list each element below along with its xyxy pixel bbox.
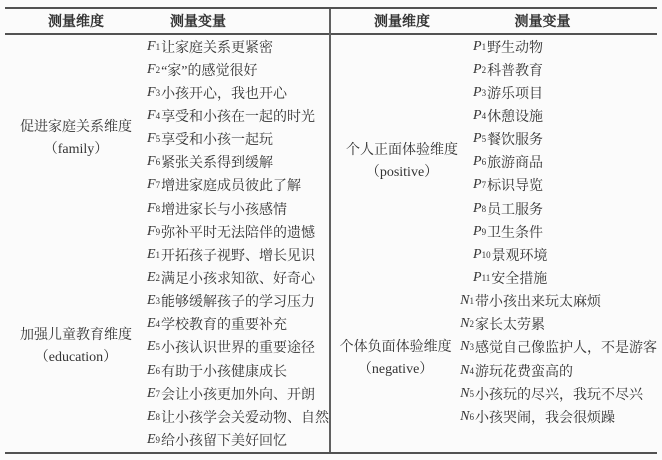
variable-text: 能够缓解孩子的学习压力 xyxy=(161,291,315,311)
variable-code: P xyxy=(473,224,482,240)
variable-text: 卫生条件 xyxy=(487,222,543,242)
variable-code: P xyxy=(473,108,482,124)
variable-item: N6小孩哭闹，我会很烦躁 xyxy=(460,405,657,428)
variable-code: E xyxy=(147,293,156,309)
variable-list: E1开拓孩子视野、增长见识E2满足小孩求知欲、好奇心E3能够缓解孩子的学习压力E… xyxy=(147,243,329,451)
variable-text: 让小孩学会关爱动物、自然 xyxy=(161,407,329,427)
variable-text: 餐饮服务 xyxy=(487,129,543,149)
dimension-label-zh: 个人正面体验维度 xyxy=(346,140,458,162)
variable-item: P10景观环境 xyxy=(473,243,657,266)
header-dimension: 测量维度 xyxy=(331,11,473,31)
variable-item: F6紧张关系得到缓解 xyxy=(147,151,329,174)
variable-item: N3感觉自己像监护人，不是游客 xyxy=(460,336,657,359)
variable-item: F9弥补平时无法陪伴的遗憾 xyxy=(147,220,329,243)
variable-text: “家”的感觉很好 xyxy=(161,60,257,80)
dimension-group: 个体负面体验维度（negative）N1带小孩出来玩太麻烦N2家长太劳累N3感觉… xyxy=(331,290,657,429)
variable-code: E xyxy=(147,409,156,425)
variable-text: 游玩花费蛮高的 xyxy=(475,361,573,381)
scanned-paper-page: 测量维度 测量变量 促进家庭关系维度（family）F1让家庭关系更紧密F2“家… xyxy=(0,7,662,454)
variable-code: P xyxy=(473,154,482,170)
variable-code: F xyxy=(147,154,156,170)
variable-item: N1带小孩出来玩太麻烦 xyxy=(460,290,657,313)
variable-text: 紧张关系得到缓解 xyxy=(161,152,273,172)
variable-code: E xyxy=(147,270,156,286)
variable-item: P2科普教育 xyxy=(473,58,657,81)
dimension-group: 个人正面体验维度（positive）P1野生动物P2科普教育P3游乐项目P4休憩… xyxy=(331,35,657,290)
variable-code: N xyxy=(460,386,469,402)
measurement-dimensions-table: 测量维度 测量变量 促进家庭关系维度（family）F1让家庭关系更紧密F2“家… xyxy=(5,7,657,454)
variable-text: 标识导览 xyxy=(487,175,543,195)
dimension-group: 加强儿童教育维度（education）E1开拓孩子视野、增长见识E2满足小孩求知… xyxy=(5,243,329,451)
variable-code: P xyxy=(473,247,482,263)
variable-code: P xyxy=(473,85,482,101)
variable-text: 家长太劳累 xyxy=(475,314,545,334)
variable-code: P xyxy=(473,177,482,193)
variable-text: 开拓孩子视野、增长见识 xyxy=(161,245,315,265)
dimension-label-zh: 促进家庭关系维度 xyxy=(20,117,132,139)
variable-text: 安全措施 xyxy=(491,268,547,288)
variable-item: P8员工服务 xyxy=(473,197,657,220)
variable-text: 员工服务 xyxy=(487,199,543,219)
variable-list: P1野生动物P2科普教育P3游乐项目P4休憩设施P5餐饮服务P6旅游商品P7标识… xyxy=(473,35,657,290)
variable-text: 让家庭关系更紧密 xyxy=(161,37,273,57)
variable-item: P5餐饮服务 xyxy=(473,128,657,151)
variable-code: P xyxy=(473,62,482,78)
variable-item: E3能够缓解孩子的学习压力 xyxy=(147,290,329,313)
variable-item: E6有助于小孩健康成长 xyxy=(147,359,329,382)
variable-code: E xyxy=(147,339,156,355)
variable-text: 带小孩出来玩太麻烦 xyxy=(475,291,601,311)
variable-code: E xyxy=(147,386,156,402)
variable-list: F1让家庭关系更紧密F2“家”的感觉很好F3小孩开心，我也开心F4享受和小孩在一… xyxy=(147,35,329,243)
variable-text: 小孩哭闹，我会很烦躁 xyxy=(475,407,615,427)
dimension-cell: 个人正面体验维度（positive） xyxy=(331,35,473,290)
dimension-group: 促进家庭关系维度（family）F1让家庭关系更紧密F2“家”的感觉很好F3小孩… xyxy=(5,35,329,243)
dimension-label-en: （positive） xyxy=(366,162,438,184)
variable-item: P3游乐项目 xyxy=(473,81,657,104)
variable-text: 学校教育的重要补充 xyxy=(161,314,287,334)
variable-item: F8增进家长与小孩感情 xyxy=(147,197,329,220)
variable-item: E4学校教育的重要补充 xyxy=(147,313,329,336)
variable-item: P1野生动物 xyxy=(473,35,657,58)
variable-text: 满足小孩求知欲、好奇心 xyxy=(161,268,315,288)
variable-item: F4享受和小孩在一起的时光 xyxy=(147,104,329,127)
variable-item: N2家长太劳累 xyxy=(460,313,657,336)
variable-text: 小孩玩的尽兴，我玩不尽兴 xyxy=(475,384,643,404)
header-dimension: 测量维度 xyxy=(5,11,147,31)
variable-code: P xyxy=(473,270,482,286)
half-body: 个人正面体验维度（positive）P1野生动物P2科普教育P3游乐项目P4休憩… xyxy=(331,35,657,428)
header-row: 测量维度 测量变量 xyxy=(331,9,657,35)
header-variable: 测量变量 xyxy=(473,11,657,31)
variable-text: 会让小孩更加外向、开朗 xyxy=(161,384,315,404)
variable-item: E8让小孩学会关爱动物、自然 xyxy=(147,405,329,428)
variable-code: N xyxy=(460,316,469,332)
variable-text: 弥补平时无法陪伴的遗憾 xyxy=(161,222,315,242)
table-left-half: 测量维度 测量变量 促进家庭关系维度（family）F1让家庭关系更紧密F2“家… xyxy=(5,9,331,452)
variable-text: 景观环境 xyxy=(492,245,548,265)
variable-code: F xyxy=(147,39,156,55)
dimension-label-zh: 个体负面体验维度 xyxy=(340,337,452,359)
variable-code: E xyxy=(147,432,156,448)
variable-code: E xyxy=(147,363,156,379)
variable-item: N5小孩玩的尽兴，我玩不尽兴 xyxy=(460,382,657,405)
half-body: 促进家庭关系维度（family）F1让家庭关系更紧密F2“家”的感觉很好F3小孩… xyxy=(5,35,329,452)
variable-text: 游乐项目 xyxy=(487,83,543,103)
variable-text: 小孩认识世界的重要途径 xyxy=(161,337,315,357)
variable-text: 享受和小孩一起玩 xyxy=(161,129,273,149)
variable-code: F xyxy=(147,108,156,124)
variable-text: 小孩开心，我也开心 xyxy=(161,83,287,103)
variable-item: F1让家庭关系更紧密 xyxy=(147,35,329,58)
variable-code: F xyxy=(147,201,156,217)
variable-text: 休憩设施 xyxy=(487,106,543,126)
variable-item: E9给小孩留下美好回忆 xyxy=(147,428,329,451)
variable-text: 享受和小孩在一起的时光 xyxy=(161,106,315,126)
variable-code: N xyxy=(460,293,469,309)
variable-item: P11安全措施 xyxy=(473,266,657,289)
dimension-label-en: （education） xyxy=(35,347,117,369)
variable-item: N4游玩花费蛮高的 xyxy=(460,359,657,382)
variable-text: 有助于小孩健康成长 xyxy=(161,361,287,381)
variable-code: N xyxy=(460,339,469,355)
variable-list: N1带小孩出来玩太麻烦N2家长太劳累N3感觉自己像监护人，不是游客N4游玩花费蛮… xyxy=(460,290,657,429)
variable-item: P7标识导览 xyxy=(473,174,657,197)
variable-code: F xyxy=(147,62,156,78)
dimension-label-en: （negative） xyxy=(358,359,433,381)
dimension-label-zh: 加强儿童教育维度 xyxy=(20,325,132,347)
header-variable: 测量变量 xyxy=(147,11,329,31)
variable-code: P xyxy=(473,131,482,147)
variable-text: 感觉自己像监护人，不是游客 xyxy=(475,337,657,357)
variable-item: E7会让小孩更加外向、开朗 xyxy=(147,382,329,405)
dimension-cell: 个体负面体验维度（negative） xyxy=(331,290,460,429)
header-row: 测量维度 测量变量 xyxy=(5,9,329,35)
variable-code: P xyxy=(473,201,482,217)
variable-code: F xyxy=(147,131,156,147)
variable-text: 野生动物 xyxy=(487,37,543,57)
variable-item: F5享受和小孩一起玩 xyxy=(147,128,329,151)
variable-code: E xyxy=(147,316,156,332)
variable-item: F3小孩开心，我也开心 xyxy=(147,81,329,104)
variable-item: E5小孩认识世界的重要途径 xyxy=(147,336,329,359)
variable-text: 科普教育 xyxy=(487,60,543,80)
variable-code: N xyxy=(460,363,469,379)
dimension-label-en: （family） xyxy=(44,139,109,161)
variable-text: 增进家长与小孩感情 xyxy=(161,199,287,219)
variable-item: F7增进家庭成员彼此了解 xyxy=(147,174,329,197)
dimension-cell: 加强儿童教育维度（education） xyxy=(5,243,147,451)
variable-code: N xyxy=(460,409,469,425)
variable-item: P6旅游商品 xyxy=(473,151,657,174)
variable-item: E2满足小孩求知欲、好奇心 xyxy=(147,266,329,289)
table-right-half: 测量维度 测量变量 个人正面体验维度（positive）P1野生动物P2科普教育… xyxy=(331,9,657,452)
variable-item: F2“家”的感觉很好 xyxy=(147,58,329,81)
variable-code: F xyxy=(147,224,156,240)
variable-code: F xyxy=(147,85,156,101)
dimension-cell: 促进家庭关系维度（family） xyxy=(5,35,147,243)
variable-text: 旅游商品 xyxy=(487,152,543,172)
variable-item: P9卫生条件 xyxy=(473,220,657,243)
variable-text: 给小孩留下美好回忆 xyxy=(161,430,287,450)
variable-item: P4休憩设施 xyxy=(473,104,657,127)
variable-item: E1开拓孩子视野、增长见识 xyxy=(147,243,329,266)
variable-code: F xyxy=(147,177,156,193)
variable-code: E xyxy=(147,247,156,263)
variable-text: 增进家庭成员彼此了解 xyxy=(161,175,301,195)
variable-code: P xyxy=(473,39,482,55)
